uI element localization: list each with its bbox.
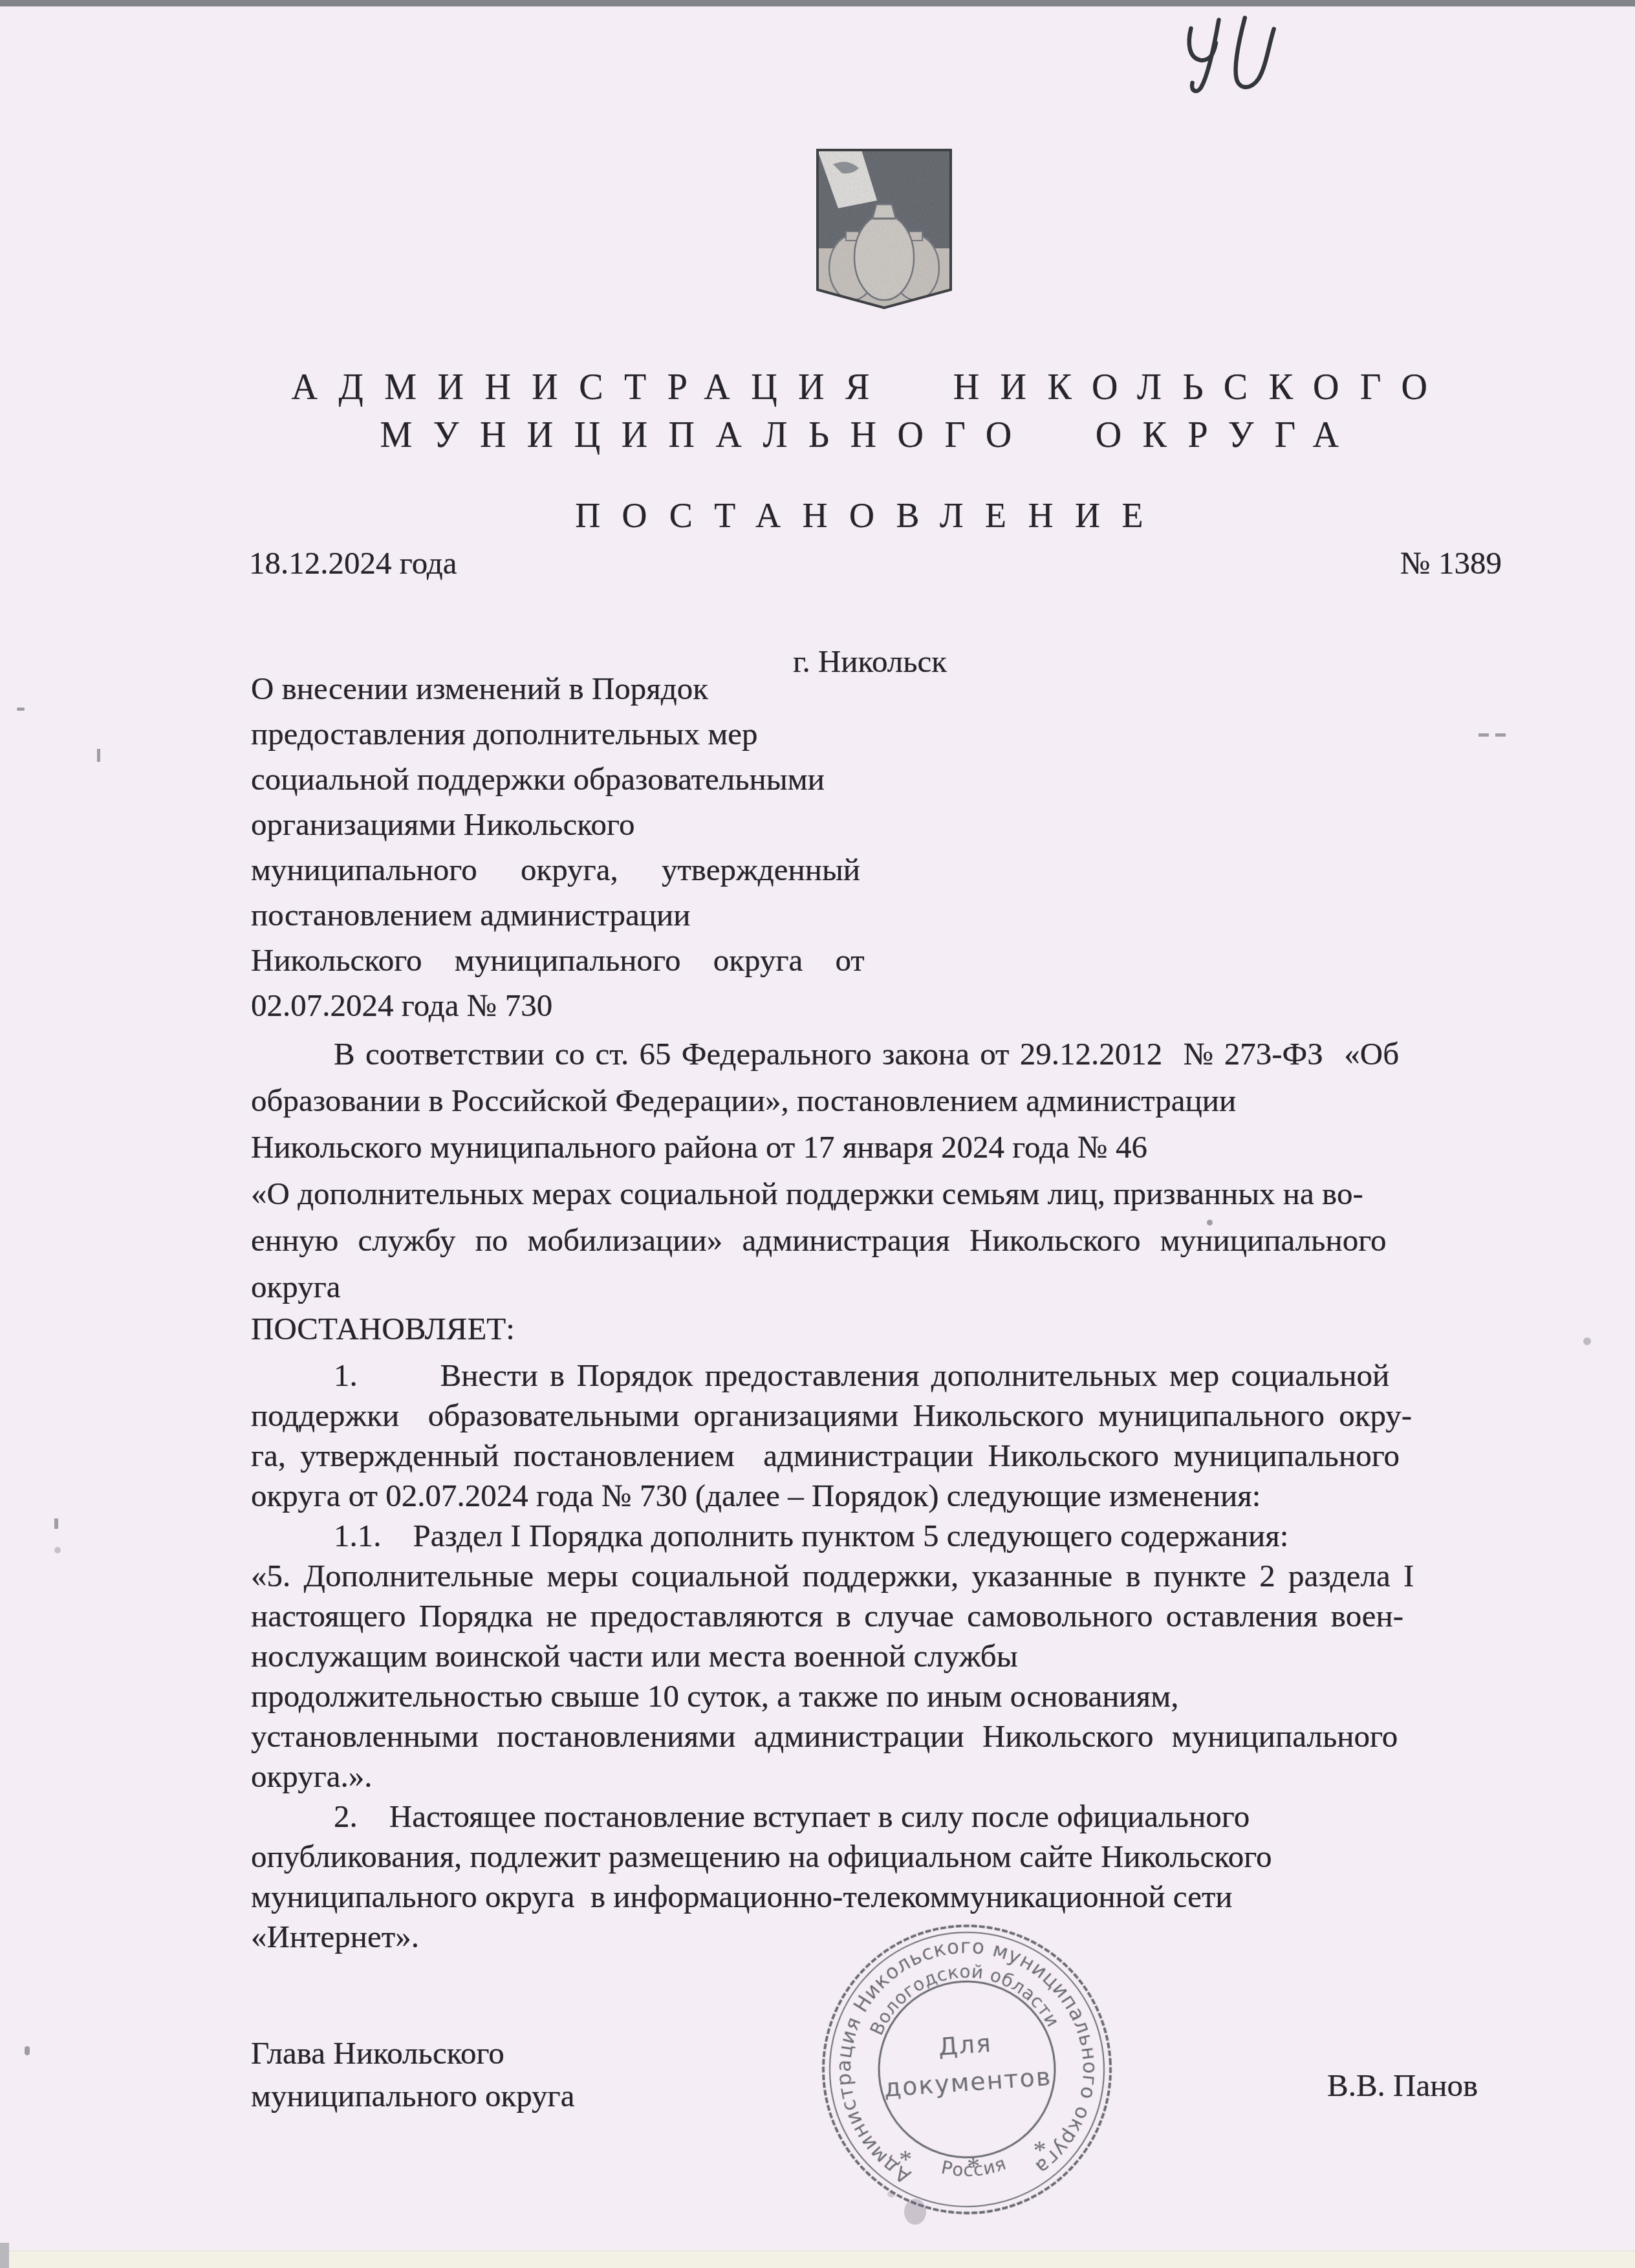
stamp-star-center: * [966,2151,981,2181]
resolution-line: 1. Внести в Порядок предоставления допол… [251,1355,1519,1396]
scan-edge-corner [0,2243,9,2268]
resolution-line: «5. Дополнительные меры социальной подде… [251,1556,1519,1596]
preamble-line: «О дополнительных мерах социальной подде… [251,1171,1519,1217]
stamp-star-right: * [1032,2135,1047,2165]
subject-line: социальной поддержки образовательными [251,757,1092,802]
resolution-line: округа.». [251,1756,1519,1797]
scan-artifact [1495,733,1506,737]
coat-of-arms-emblem [814,146,955,313]
scan-artifact [17,707,25,711]
ink-smudge [904,2199,926,2225]
subject-line: муниципального округа, утвержденный [251,847,1092,892]
signature-position: Глава Никольского муниципального округа [251,2032,574,2117]
stamp-star-left: * [898,2144,913,2174]
doc-type-block: ПОСТАНОВЛЕНИЕ [110,495,1630,535]
stamp-center-line2: документов [883,2062,1052,2102]
resolves-label: ПОСТАНОВЛЯЕТ: [251,1310,515,1347]
scan-artifact [1478,733,1489,737]
scan-artifact [54,1518,58,1529]
org-name-line1: АДМИНИСТРАЦИЯ НИКОЛЬСКОГО [110,363,1630,411]
signature-name: В.В. Панов [1327,2067,1478,2104]
scan-artifact [1583,1337,1591,1345]
resolution-line: поддержки образовательными организациями… [251,1396,1519,1436]
doc-number: № 1389 [1400,545,1502,581]
subject-line: 02.07.2024 года № 730 [251,983,1092,1028]
doc-date: 18.12.2024 года [249,545,457,581]
scan-edge-top [0,0,1635,6]
scanned-decree-document: АДМИНИСТРАЦИЯ НИКОЛЬСКОГО МУНИЦИПАЛЬНОГО… [0,0,1635,2268]
org-name-line2: МУНИЦИПАЛЬНОГО ОКРУГА [110,411,1630,459]
subject-line: организациями Никольского [251,802,1092,847]
subject-block: О внесении изменений в Порядок предостав… [251,666,1092,1028]
preamble-line: В соответствии со ст. 65 Федерального за… [251,1031,1519,1077]
resolution-line: настоящего Порядка не предоставляются в … [251,1596,1519,1636]
signature-position-line2: муниципального округа [251,2075,574,2117]
doc-type-title: ПОСТАНОВЛЕНИЕ [575,496,1165,535]
resolution-line: опубликования, подлежит размещению на оф… [251,1837,1519,1877]
preamble-line: образовании в Российской Федерации», пос… [251,1077,1519,1124]
subject-line: предоставления дополнительных мер [251,711,1092,757]
preamble-line: округа [251,1264,1519,1310]
resolution-line: 1.1. Раздел I Порядка дополнить пунктом … [251,1516,1519,1556]
resolution-line: продолжительностью свыше 10 суток, а так… [251,1676,1519,1716]
scan-edge-bottom [0,2251,1635,2268]
resolution-block: 1. Внести в Порядок предоставления допол… [251,1355,1519,1957]
stamp-center-line1: Для [937,2029,993,2061]
scan-artifact [25,2046,30,2055]
preamble-line: Никольского муниципального района от 17 … [251,1124,1519,1171]
resolution-line: муниципального округа в информационно-те… [251,1877,1519,1917]
scan-artifact [1207,1220,1213,1226]
signature-position-line1: Глава Никольского [251,2032,574,2075]
subject-line: постановлением администрации [251,892,1092,938]
resolution-line: 2. Настоящее постановление вступает в си… [251,1797,1519,1837]
official-round-stamp: Администрация Никольского муниципального… [815,1917,1119,2221]
scan-artifact [97,749,100,762]
subject-line: Никольского муниципального округа от [251,938,1092,983]
resolution-line: установленными постановлениями администр… [251,1716,1519,1756]
subject-line: О внесении изменений в Порядок [251,666,1092,711]
date-number-row: 18.12.2024 года № 1389 [249,545,1502,581]
resolution-line: нослужащим воинской части или места воен… [251,1636,1519,1676]
preamble-line: енную службу по мобилизации» администрац… [251,1217,1519,1264]
resolution-line: округа от 02.07.2024 года № 730 (далее –… [251,1476,1519,1516]
document-header: АДМИНИСТРАЦИЯ НИКОЛЬСКОГО МУНИЦИПАЛЬНОГО… [110,363,1630,459]
ink-smudge [887,2191,895,2198]
scan-artifact [54,1547,61,1553]
handwritten-mark [1164,6,1294,116]
resolution-line: га, утвержденный постановлением админист… [251,1436,1519,1476]
preamble-block: В соответствии со ст. 65 Федерального за… [251,1031,1519,1310]
